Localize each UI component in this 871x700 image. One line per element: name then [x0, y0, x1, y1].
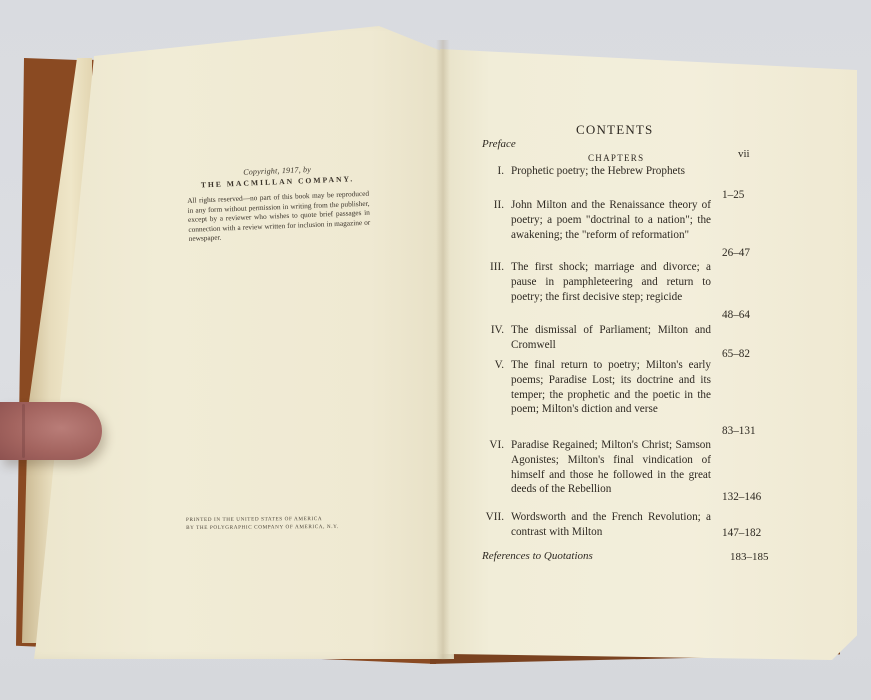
- chapter-title: The first shock; marriage and divorce; a…: [511, 260, 711, 304]
- chapter-number: I.: [497, 164, 504, 179]
- chapter-pages: 65–82: [722, 347, 750, 362]
- rights-notice: All rights reserved—no part of this book…: [187, 189, 371, 244]
- chapter-pages: 26–47: [722, 246, 750, 261]
- chapter-number: VI.: [489, 438, 504, 453]
- copyright-block: Copyright, 1917, by THE MACMILLAN COMPAN…: [186, 163, 371, 244]
- chapters-heading: CHAPTERS: [588, 153, 644, 163]
- references-label: References to Quotations: [482, 550, 593, 562]
- chapter-pages: 1–25: [722, 188, 744, 203]
- chapter-number: VII.: [486, 510, 504, 525]
- preface-pages: vii: [738, 148, 750, 160]
- chapter-pages: 48–64: [722, 308, 750, 323]
- copyright-page: [34, 24, 454, 659]
- printer-line-2: by the Polygraphic Company of America, N…: [186, 523, 346, 532]
- preface-label: Preface: [482, 138, 516, 150]
- chapter-number: II.: [494, 198, 504, 213]
- chapter-title: Wordsworth and the French Revolution; a …: [511, 510, 711, 540]
- references-pages: 183–185: [730, 551, 769, 563]
- chapter-title: Paradise Regained; Milton's Christ; Sams…: [511, 438, 711, 497]
- photo-scene: Copyright, 1917, by THE MACMILLAN COMPAN…: [0, 0, 871, 700]
- chapter-title: John Milton and the Renaissance theory o…: [511, 198, 711, 242]
- chapter-number: IV.: [491, 323, 504, 338]
- chapter-pages: 132–146: [722, 490, 761, 505]
- chapter-title: The dismissal of Parliament; Milton and …: [511, 323, 711, 353]
- thumb: [0, 402, 102, 460]
- chapter-number: V.: [495, 358, 504, 373]
- contents-title: CONTENTS: [576, 122, 654, 138]
- chapter-title: The final return to poetry; Milton's ear…: [511, 358, 711, 417]
- thumb-knuckle-crease: [22, 404, 25, 458]
- chapter-pages: 147–182: [722, 526, 761, 541]
- chapter-number: III.: [490, 260, 504, 275]
- chapter-pages: 83–131: [722, 424, 756, 439]
- printer-imprint: Printed in the United States of America …: [186, 515, 346, 532]
- book-gutter: [436, 40, 450, 660]
- chapter-title: Prophetic poetry; the Hebrew Prophets: [511, 164, 711, 179]
